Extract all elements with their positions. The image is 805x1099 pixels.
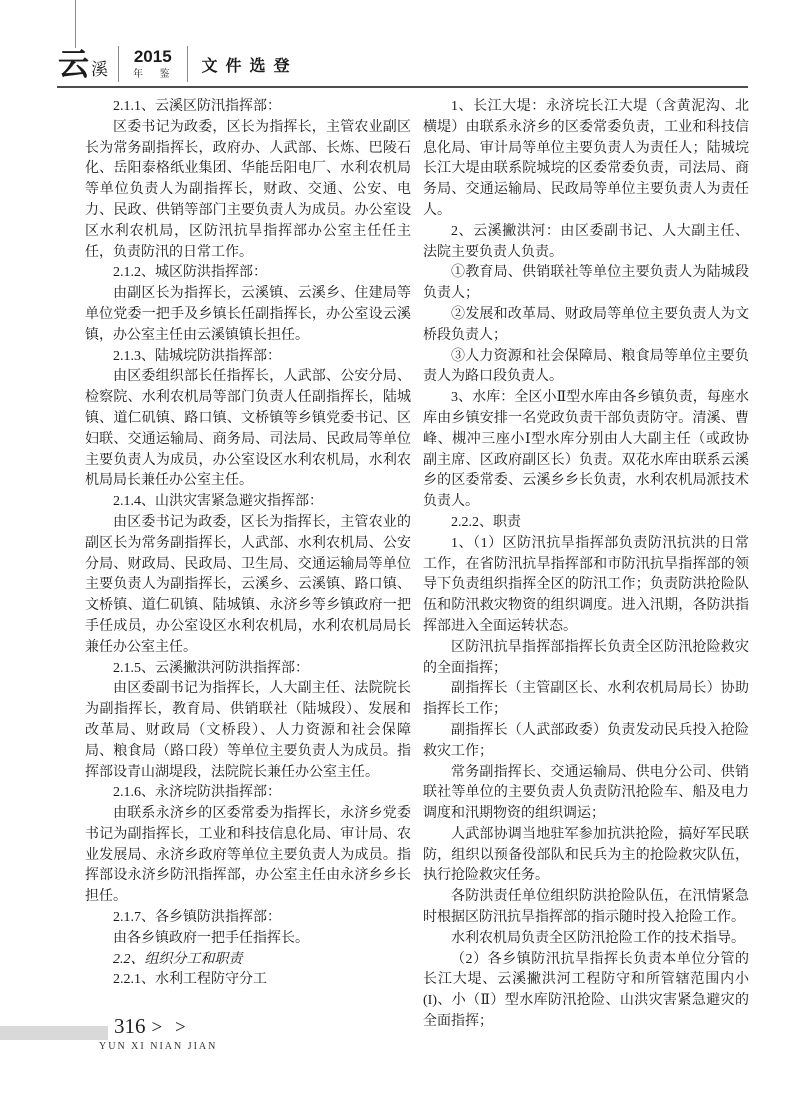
paragraph: 由区委书记为政委，区长为指挥长，主管农业的副区长为常务副指挥长，人武部、水利农机… [85,513,411,659]
logo-sub-char: 溪 [91,55,108,80]
footer-bar [0,1026,108,1040]
section-heading: 2.2.1、水利工程防守分工 [85,970,411,991]
paragraph: 1、长江大堤：永济垸长江大堤（含黄泥沟、北横堤）由联系永济乡的区委常委负责，工业… [423,97,749,222]
paragraph: 由副区长为指挥长，云溪镇、云溪乡、住建局等单位党委一把手及乡镇长任副指挥长，办公… [85,284,411,346]
paragraph: 2、云溪撇洪河：由区委副书记、人大副主任、法院主要负责人负责。 [423,222,749,264]
year-label: 年 鉴 [129,69,177,81]
paragraph: 常务副指挥长、交通运输局、供电分公司、供销联社等单位的主要负责人负责防汛抢险车、… [423,763,749,825]
paragraph: 人武部协调当地驻军参加抗洪抢险，搞好军民联防，组织以预备役部队和民兵为主的抢险救… [423,825,749,887]
paragraph: 1、（1）区防汛抗旱指挥部负责防汛抗洪的日常工作，在省防汛抗旱指挥部和市防汛抗旱… [423,534,749,638]
page-header: 云 溪 2015 年 鉴 文件选登 [58,44,298,84]
page-number-row: 316> > [114,1014,190,1039]
yearbook-romanization: YUN XI NIAN JIAN [99,1041,217,1052]
section-title: 文件选登 [202,53,298,76]
section-heading: 2.1.1、云溪区防汛指挥部： [85,97,411,118]
page-arrows: > > [152,1017,190,1038]
section-heading: 2.1.6、永济垸防洪指挥部： [85,783,411,804]
section-heading: 2.1.2、城区防洪指挥部： [85,263,411,284]
paragraph: ②发展和改革局、财政局等单位主要负责人为文桥段负责人； [423,305,749,347]
logo-main-char: 云 [58,49,89,80]
year-text: 2015 [134,47,172,67]
yearbook-logo: 云 溪 [58,49,108,80]
section-heading: 2.1.5、云溪撇洪河防洪指挥部： [85,659,411,680]
paragraph: 2.2、组织分工和职责 [85,950,411,971]
paragraph: 各防洪责任单位组织防洪抢险队伍，在汛情紧急时根据区防汛抗旱指挥部的指示随时投入抢… [423,887,749,929]
paragraph: 3、水库：全区小Ⅱ型水库由各乡镇负责，每座水库由乡镇安排一名党政负责干部负责防守… [423,388,749,513]
paragraph: 由各乡镇政府一把手任指挥长。 [85,929,411,950]
year-block: 2015 年 鉴 [129,47,177,80]
header-rule [57,86,748,88]
paragraph: 区防汛抗旱指挥部指挥长负责全区防汛抢险救灾的全面指挥； [423,638,749,680]
right-column: 1、长江大堤：永济垸长江大堤（含黄泥沟、北横堤）由联系永济乡的区委常委负责，工业… [423,97,749,1033]
paragraph: 水利农机局负责全区防汛抢险工作的技术指导。 [423,929,749,950]
paragraph: 由区委组织部长任指挥长，人武部、公安分局、检察院、水利农机局等部门负责人任副指挥… [85,367,411,492]
section-heading: 2.2.2、职责 [423,513,749,534]
paragraph: ③人力资源和社会保障局、粮食局等单位主要负责人为路口段负责人。 [423,347,749,389]
paragraph: 区委书记为政委，区长为指挥长，主管农业副区长为常务副指挥长，政府办、人武部、长炼… [85,118,411,264]
yearbook-page: { "header": { "logo_main": "云", "logo_su… [0,0,805,1099]
left-column: 2.1.1、云溪区防汛指挥部：区委书记为政委，区长为指挥长，主管农业副区长为常务… [85,97,411,991]
paragraph: 由区委副书记为指挥长，人大副主任、法院院长为副指挥长，教育局、供销联社（陆城段）… [85,679,411,783]
top-edge-line [75,0,76,48]
paragraph: 由联系永济乡的区委常委为指挥长，永济乡党委书记为副指挥长，工业和科技信息化局、审… [85,804,411,908]
paragraph: ①教育局、供销联社等单位主要负责人为陆城段负责人； [423,263,749,305]
page-number: 316 [114,1014,146,1038]
section-heading: 2.1.4、山洪灾害紧急避灾指挥部： [85,492,411,513]
section-heading: 2.1.7、各乡镇防洪指挥部： [85,908,411,929]
paragraph: 副指挥长（主管副区长、水利农机局局长）协助指挥长工作； [423,679,749,721]
header-divider [187,46,188,82]
paragraph: 副指挥长（人武部政委）负责发动民兵投入抢险救灾工作； [423,721,749,763]
paragraph: （2）各乡镇防汛抗旱指挥长负责本单位分管的长江大堤、云溪撇洪河工程防守和所管辖范… [423,950,749,1033]
section-heading: 2.1.3、陆城垸防洪指挥部： [85,347,411,368]
header-divider [118,46,119,82]
